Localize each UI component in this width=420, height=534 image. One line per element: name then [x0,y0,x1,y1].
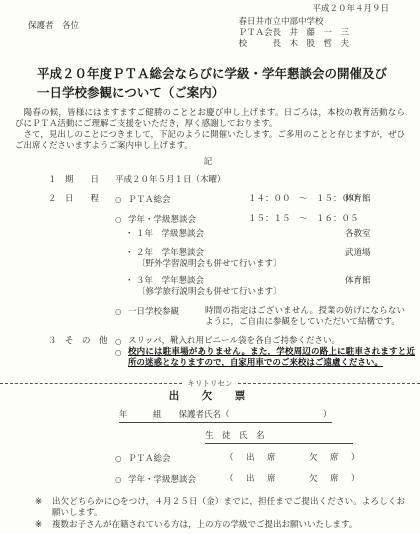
sender-block: 春日井市立中部中学校 ＰＴＡ会長 井 藤 一 三 校 長 木 股 哲 夫 [238,17,349,50]
greeting-paragraph: 陽春の候，皆様にはますますご健勝のこととお慶び申し上げます。日ごろは，本校の教育… [15,108,405,130]
event-name: 学年・学級懇談会 [128,215,196,225]
schedule-date-label: １ 期 日 [15,175,115,186]
header-row: 保護者 各位 春日井市立中部中学校 ＰＴＡ会長 井 藤 一 三 校 長 木 股 … [15,17,405,50]
event-time: １４：００ ～ １５：００ [248,194,345,205]
document-title: 平成２０年度ＰＴＡ総会ならびに学級・学年懇談会の開催及び 一日学校参観について（… [37,64,405,102]
slip-title: 出 欠 票 [15,391,405,402]
schedule-subrow: ・２年 学年懇談会 武道場 [15,248,405,259]
schedule-date-value: 平成２０年５月１日（木曜） [115,175,226,186]
student-name-blank [265,434,353,444]
schedule-row: ○学年・学級懇談会 １５：１５ ～ １６：０５ [15,214,405,226]
circle-bullet-icon: ○ [115,336,128,347]
cut-line: キリトリセン [0,378,420,389]
event-name: 一日学校参観 [128,307,179,317]
slip-note-text: 複数お子さんが在籍されている方は，上の方の学級でご提出お願いいたします。 [52,520,405,531]
attendance-choice: （ 出 席 欠 席 ） [225,453,362,465]
student-name-field: 生 徒 氏 名 [205,431,405,444]
cut-line-label: キリトリセン [182,378,239,389]
other-note-text: スリッパ，靴入れ用ビニール袋を各自ご持参ください。 [128,336,415,347]
attendance-choice: （ 出 席 欠 席 ） [225,474,362,486]
document-title-line2: 一日学校参観について（ご案内） [37,83,405,102]
school-name: 春日井市立中部中学校 [238,17,349,28]
schedule-date-row: １ 期 日 平成２０年５月１日（木曜） [15,175,405,186]
slip-event-name: ＰＴＡ総会 [128,454,171,464]
visit-description: 時間の指定はございません。授業の妨げにならないように，ご自由に参観をしていただい… [205,306,405,328]
parking-warning-text: 校内には駐車場がありません。また，学校周辺の路上に駐車されますと近所の迷惑となり… [128,347,415,369]
event-time: １５：１５ ～ １６：０５ [248,214,345,225]
dashed-line [238,383,420,384]
asterisk-marker-icon: ※ [35,520,52,531]
slip-note: ※ 出欠どちらかに○をつけ，４月２５日（金）までに，担任までご提出ください。よろ… [35,497,405,519]
event-name: １年 学級懇談会 [136,229,204,239]
event-name: ２年 学年懇談会 [136,248,204,258]
dot-bullet-icon: ・ [125,248,136,259]
principal-name: 校 長 木 股 哲 夫 [238,39,349,50]
schedule-visit-row: ○一日学校参観 時間の指定はございません。授業の妨げにならないように，ご自由に参… [15,306,405,328]
pta-chair-name: ＰＴＡ会長 井 藤 一 三 [238,28,349,39]
other-note: ○ 校内には駐車場がありません。また，学校周辺の路上に駐車されますと近所の迷惑と… [115,347,415,369]
asterisk-marker-icon: ※ [35,497,52,508]
document-page: 平成２０年４月９日 保護者 各位 春日井市立中部中学校 ＰＴＡ会長 井 藤 一 … [0,0,420,534]
guardian-name-field: 年 組 保護者氏名（ ） [119,410,405,423]
slip-row-kondankai: ○学年・学級懇談会 （ 出 席 欠 席 ） [115,474,405,486]
event-note: 〔修学旅行説明会も併せて行います〕 [15,287,405,298]
slip-notes: ※ 出欠どちらかに○をつけ，４月２５日（金）までに，担任までご提出ください。よろ… [35,497,405,531]
event-name: ＰＴＡ総会 [128,195,171,205]
addressee: 保護者 各位 [28,21,79,50]
slip-note-text: 出欠どちらかに○をつけ，４月２５日（金）までに，担任までご提出ください。よろしく… [52,497,405,519]
guardian-name-line: 年 組 保護者氏名（ ） [119,410,332,423]
schedule-program-label: ２ 日 程 [15,194,115,205]
slip-event-name: 学年・学級懇談会 [128,475,196,485]
circle-bullet-icon: ○ [115,347,128,358]
circle-bullet-icon: ○ [115,453,128,464]
event-place: 体育館 [345,194,405,205]
slip-row-pta: ○ＰＴＡ総会 （ 出 席 欠 席 ） [115,453,405,465]
dashed-line [0,383,182,384]
circle-bullet-icon: ○ [115,194,128,205]
schedule-program-row: ２ 日 程 ○ＰＴＡ総会 １４：００ ～ １５：００ 体育館 [15,194,405,206]
announcement-paragraph: さて，見出しのことにつきまして，下記のように開催いたします。ご多用のことと存じま… [15,130,405,152]
dot-bullet-icon: ・ [125,276,136,287]
circle-bullet-icon: ○ [115,474,128,485]
slip-note: ※ 複数お子さんが在籍されている方は，上の方の学級でご提出お願いいたします。 [35,520,405,531]
schedule-subrow: ・３年 学年懇談会 体育館 [15,276,405,287]
event-place: 各教室 [345,229,405,240]
schedule-subrow: ・１年 学級懇談会 各教室 [15,229,405,240]
student-name-label: 生 徒 氏 名 [205,431,265,444]
document-title-line1: 平成２０年度ＰＴＡ総会ならびに学級・学年懇談会の開催及び [37,64,405,83]
other-note: ○ スリッパ，靴入れ用ビニール袋を各自ご持参ください。 [115,336,415,347]
issue-date: 平成２０年４月９日 [15,4,405,15]
dot-bullet-icon: ・ [125,229,136,240]
circle-bullet-icon: ○ [115,306,128,317]
record-marker: 記 [15,157,405,168]
event-name: ３年 学年懇談会 [136,276,204,286]
event-note: 〔野外学習説明会も併せて行います〕 [15,259,405,270]
other-label: ３ そ の 他 [15,336,115,347]
circle-bullet-icon: ○ [115,214,128,225]
other-section: ３ そ の 他 ○ スリッパ，靴入れ用ビニール袋を各自ご持参ください。 ○ 校内… [15,336,405,369]
event-place: 体育館 [345,276,405,287]
event-place: 武道場 [345,248,405,259]
